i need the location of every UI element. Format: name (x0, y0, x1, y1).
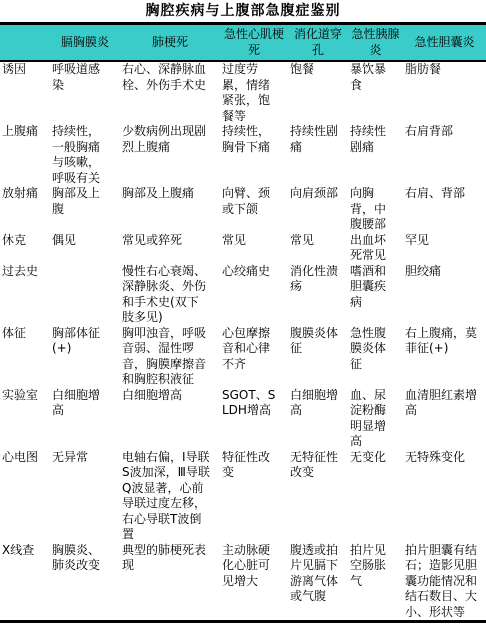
table-row-radiating-pain: 放射痛 胸部及上腹 胸部及上腹痛 向臂、颈或下颌 向肩颈部 向胸背，中腹腰部 右… (0, 186, 486, 233)
table-cell: 出血坏死常见 (348, 233, 403, 264)
col-header-empty (0, 24, 50, 62)
table-row-ecg: 心电图 无异常 电轴右偏，Ⅰ导联S波加深，Ⅲ导联Q波显著，心前导联过度左移，右心… (0, 450, 486, 543)
table-row-xray: X线查 胸膜炎、肺炎改变 典型的肺梗死表现 主动脉硬化心脏可见增大 腹透或拍片见… (0, 543, 486, 622)
col-header-pulmonary-infarction: 肺梗死 (120, 24, 220, 62)
table-cell: 嗜酒和胆囊疾病 (348, 264, 403, 326)
table-cell: 拍片胆囊有结石；造影见胆囊功能情况和结石数目、大小、形状等 (403, 543, 486, 622)
table-cell: 心绞痛史 (220, 264, 288, 326)
page-title: 胸腔疾病与上腹部急腹症鉴别 (0, 0, 486, 22)
table-cell: 电轴右偏，Ⅰ导联S波加深，Ⅲ导联Q波显著，心前导联过度左移，右心导联T波倒置 (120, 450, 220, 543)
table-cell: 主动脉硬化心脏可见增大 (220, 543, 288, 622)
table-cell: 胆绞痛 (403, 264, 486, 326)
table-cell: 拍片见空肠胀气 (348, 543, 403, 622)
table-cell: 特征性改变 (220, 450, 288, 543)
table-row-upper-abdominal-pain: 上腹痛 持续性，一般胸痛与咳嗽，呼吸有关 少数病例出现剧烈上腹痛 持续性，胸骨下… (0, 124, 486, 186)
table-cell: 饱餐 (288, 61, 348, 124)
table-cell: 偶见 (50, 233, 120, 264)
table-cell: 心包摩擦音和心律不齐 (220, 326, 288, 388)
table-cell: 无变化 (348, 450, 403, 543)
row-label: 上腹痛 (0, 124, 50, 186)
col-header-gi-perforation: 消化道穿孔 (288, 24, 348, 62)
table-cell: 罕见 (403, 233, 486, 264)
page: 胸腔疾病与上腹部急腹症鉴别 膈胸膜炎 肺梗死 急性心肌梗死 消化道穿孔 急性胰腺… (0, 0, 486, 643)
table-cell: 右心、深静脉血栓、外伤手术史 (120, 61, 220, 124)
table-cell: SGOT、SLDH增高 (220, 388, 288, 450)
table-cell: 右上腹痛，莫菲征(+) (403, 326, 486, 388)
table-cell: 脂肪餐 (403, 61, 486, 124)
row-label: 诱因 (0, 61, 50, 124)
table-row-shock: 休克 偶见 常见或猝死 常见 常见 出血坏死常见 罕见 (0, 233, 486, 264)
table-cell: 腹透或拍片见膈下游离气体或气腹 (288, 543, 348, 622)
table-cell: 少数病例出现剧烈上腹痛 (120, 124, 220, 186)
table-cell: 右肩背部 (403, 124, 486, 186)
table-cell: 向胸背，中腹腰部 (348, 186, 403, 233)
col-header-acute-pancreatitis: 急性胰腺炎 (348, 24, 403, 62)
row-label: 放射痛 (0, 186, 50, 233)
col-header-diaphragmatic-pleurisy: 膈胸膜炎 (50, 24, 120, 62)
table-cell: 慢性右心衰竭、深静脉炎、外伤和手术史(双下肢多见) (120, 264, 220, 326)
table-cell: 消化性溃疡 (288, 264, 348, 326)
table-cell: 胸部及上腹痛 (120, 186, 220, 233)
table-cell: 腹膜炎体征 (288, 326, 348, 388)
table-cell: 持续性剧痛 (348, 124, 403, 186)
table-cell: 血清胆红素增高 (403, 388, 486, 450)
row-label: 休克 (0, 233, 50, 264)
row-label: 实验室 (0, 388, 50, 450)
table-row-past-history: 过去史 慢性右心衰竭、深静脉炎、外伤和手术史(双下肢多见) 心绞痛史 消化性溃疡… (0, 264, 486, 326)
table-cell: 暴饮暴食 (348, 61, 403, 124)
table-cell: 胸部及上腹 (50, 186, 120, 233)
table-row-laboratory: 实验室 白细胞增高 白细胞增高 SGOT、SLDH增高 白细胞增高 血、尿淀粉酶… (0, 388, 486, 450)
table-cell: 胸叩浊音，呼吸音弱、湿性啰音，胸膜摩擦音和胸腔积液征 (120, 326, 220, 388)
table-row-predisposing-cause: 诱因 呼吸道感染 右心、深静脉血栓、外伤手术史 过度劳累，情绪紧张，饱餐等 饱餐… (0, 61, 486, 124)
table-cell: 呼吸道感染 (50, 61, 120, 124)
table-cell: 常见或猝死 (120, 233, 220, 264)
table-cell: 常见 (288, 233, 348, 264)
row-label: 心电图 (0, 450, 50, 543)
table-cell: 急性腹膜炎体征 (348, 326, 403, 388)
table-cell: 无异常 (50, 450, 120, 543)
table-cell: 典型的肺梗死表现 (120, 543, 220, 622)
row-label: 过去史 (0, 264, 50, 326)
col-header-acute-myocardial-infarction: 急性心肌梗死 (220, 24, 288, 62)
table-cell: 向肩颈部 (288, 186, 348, 233)
table-cell: 无特征性改变 (288, 450, 348, 543)
table-cell: 白细胞增高 (50, 388, 120, 450)
table-row-physical-signs: 体征 胸部体征(+) 胸叩浊音，呼吸音弱、湿性啰音，胸膜摩擦音和胸腔积液征 心包… (0, 326, 486, 388)
table-header-row: 膈胸膜炎 肺梗死 急性心肌梗死 消化道穿孔 急性胰腺炎 急性胆囊炎 (0, 24, 486, 62)
table-cell: 持续性，胸骨下痛 (220, 124, 288, 186)
row-label: 体征 (0, 326, 50, 388)
col-header-acute-cholecystitis: 急性胆囊炎 (403, 24, 486, 62)
row-label: X线查 (0, 543, 50, 622)
table-cell (50, 264, 120, 326)
table-cell: 向臂、颈或下颌 (220, 186, 288, 233)
table-cell: 持续性，一般胸痛与咳嗽，呼吸有关 (50, 124, 120, 186)
table-cell: 无特殊变化 (403, 450, 486, 543)
table-cell: 持续性剧痛 (288, 124, 348, 186)
table-cell: 胸膜炎、肺炎改变 (50, 543, 120, 622)
table-cell: 白细胞增高 (288, 388, 348, 450)
table-cell: 常见 (220, 233, 288, 264)
table-cell: 血、尿淀粉酶明显增高 (348, 388, 403, 450)
table-cell: 胸部体征(+) (50, 326, 120, 388)
differential-diagnosis-table: 膈胸膜炎 肺梗死 急性心肌梗死 消化道穿孔 急性胰腺炎 急性胆囊炎 诱因 呼吸道… (0, 22, 486, 623)
table-cell: 右肩、背部 (403, 186, 486, 233)
table-cell: 白细胞增高 (120, 388, 220, 450)
table-cell: 过度劳累，情绪紧张，饱餐等 (220, 61, 288, 124)
